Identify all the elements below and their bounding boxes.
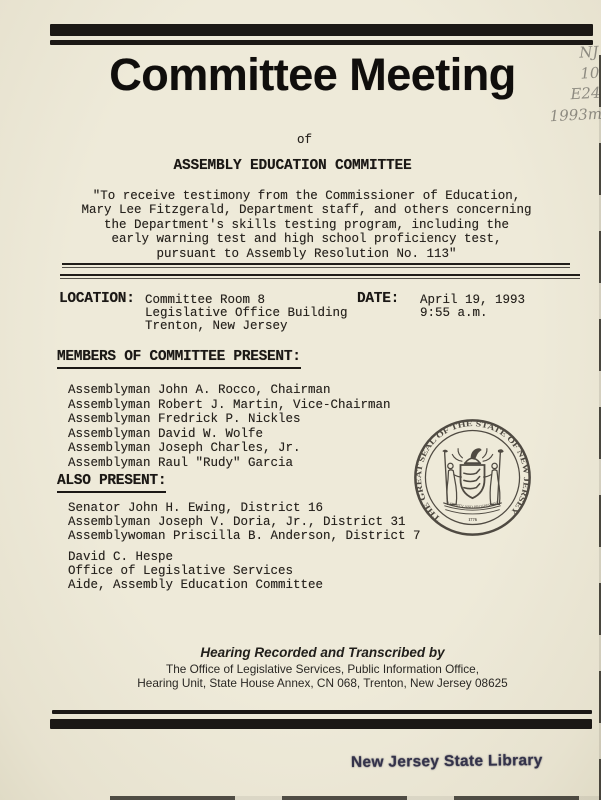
- transcription-title: Hearing Recorded and Transcribed by: [22, 645, 601, 660]
- bottom-thin-bar: [52, 710, 592, 714]
- scanned-document-page: Committee Meeting NJ 10 E24 1993m of ASS…: [0, 0, 601, 800]
- also-present-heading: ALSO PRESENT:: [57, 473, 166, 493]
- top-thin-bar: [50, 40, 593, 45]
- bottom-thick-bar: [50, 719, 592, 729]
- seal-liberty-cap: [442, 450, 448, 453]
- seal-supporter-right-head: [492, 463, 497, 468]
- seal-plow-1: [464, 469, 480, 474]
- purpose-quote: "To receive testimony from the Commissio…: [6, 189, 601, 261]
- top-thick-bar: [50, 24, 593, 36]
- seal-year-text: 1776: [468, 517, 478, 522]
- of-label: of: [4, 133, 601, 147]
- date-label: DATE:: [357, 291, 399, 307]
- seal-plow-3: [464, 484, 480, 489]
- also-present-legislators: Senator John H. Ewing, District 16 Assem…: [68, 501, 421, 543]
- seal-cornucopia: [498, 449, 504, 453]
- great-seal-of-new-jersey: THE GREAT SEAL OF THE STATE OF NEW JERSE…: [412, 417, 533, 538]
- members-present-list: Assemblyman John A. Rocco, Chairman Asse…: [68, 383, 391, 470]
- also-present-staff: David C. Hespe Office of Legislative Ser…: [68, 550, 323, 592]
- seal-supporter-left-head: [448, 463, 453, 468]
- document-title: Committee Meeting: [12, 49, 601, 101]
- location-label: LOCATION:: [59, 291, 135, 307]
- library-stamp: New Jersey State Library: [351, 752, 543, 772]
- location-value: Committee Room 8 Legislative Office Buil…: [145, 294, 348, 334]
- committee-name: ASSEMBLY EDUCATION COMMITTEE: [0, 158, 593, 174]
- seal-liberty-staff: [445, 453, 448, 504]
- seal-horse-head-crest: [471, 448, 482, 460]
- divider-rule-lower: [60, 274, 580, 279]
- also-present-section: ALSO PRESENT:: [57, 471, 166, 493]
- seal-plow-2: [464, 477, 480, 482]
- scan-edge-bottom: [110, 796, 601, 800]
- members-present-heading: MEMBERS OF COMMITTEE PRESENT:: [57, 349, 301, 369]
- members-present-section: MEMBERS OF COMMITTEE PRESENT:: [57, 347, 301, 369]
- date-value: April 19, 1993 9:55 a.m.: [420, 294, 525, 320]
- divider-rule-upper: [62, 263, 570, 268]
- transcription-office-lines: The Office of Legislative Services, Publ…: [22, 663, 601, 690]
- handwritten-catalog-annotation: NJ 10 E24 1993m: [546, 42, 601, 127]
